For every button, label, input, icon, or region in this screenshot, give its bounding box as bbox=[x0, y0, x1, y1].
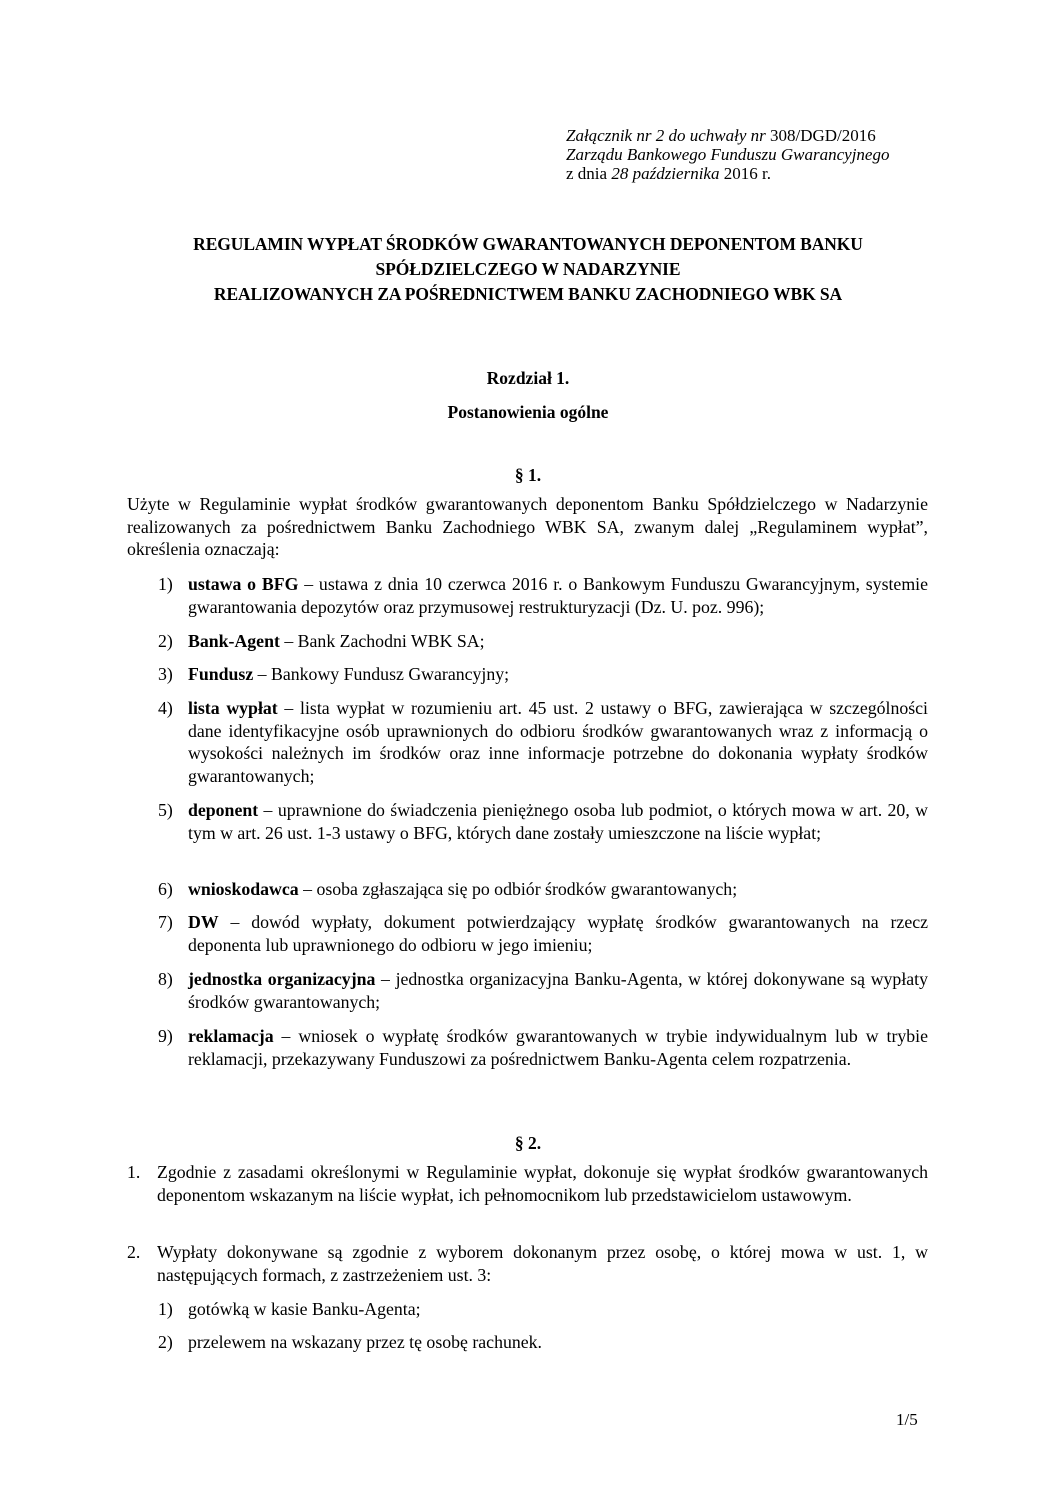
point-number: 1. bbox=[127, 1161, 140, 1184]
definition-item: 8)jednostka organizacyjna – jednostka or… bbox=[158, 968, 928, 1013]
annex-line-3-date: 28 października bbox=[611, 164, 719, 183]
definition-text: – Bank Zachodni WBK SA; bbox=[280, 631, 485, 651]
section-2-point: 1.Zgodnie z zasadami określonymi w Regul… bbox=[127, 1161, 928, 1206]
definition-term: Fundusz bbox=[188, 664, 253, 684]
definition-number: 6) bbox=[158, 878, 173, 901]
definition-body: jednostka organizacyjna – jednostka orga… bbox=[188, 968, 928, 1013]
definition-text: – uprawnione do świadczenia pieniężnego … bbox=[188, 800, 928, 843]
definition-text: – Bankowy Fundusz Gwarancyjny; bbox=[253, 664, 509, 684]
definition-item: 2)Bank-Agent – Bank Zachodni WBK SA; bbox=[158, 630, 928, 653]
annex-line-3-year: 2016 r. bbox=[719, 164, 770, 183]
definition-number: 1) bbox=[158, 573, 173, 596]
definition-number: 8) bbox=[158, 968, 173, 991]
definition-body: wnioskodawca – osoba zgłaszająca się po … bbox=[188, 878, 928, 901]
definition-item: 4)lista wypłat – lista wypłat w rozumien… bbox=[158, 697, 928, 787]
definition-text: – dowód wypłaty, dokument potwierdzający… bbox=[188, 912, 928, 955]
definition-number: 5) bbox=[158, 799, 173, 822]
definition-body: ustawa o BFG – ustawa z dnia 10 czerwca … bbox=[188, 573, 928, 618]
chapter-name: Postanowienia ogólne bbox=[110, 402, 946, 423]
definition-body: Bank-Agent – Bank Zachodni WBK SA; bbox=[188, 630, 928, 653]
definition-body: deponent – uprawnione do świadczenia pie… bbox=[188, 799, 928, 844]
section-2-subpoint: 2)przelewem na wskazany przez tę osobę r… bbox=[158, 1331, 928, 1354]
page-number: 1/5 bbox=[896, 1410, 918, 1430]
document-page: Załącznik nr 2 do uchwały nr 308/DGD/201… bbox=[0, 0, 1058, 1497]
subpoint-text: przelewem na wskazany przez tę osobę rac… bbox=[188, 1331, 928, 1354]
definition-item: 7)DW – dowód wypłaty, dokument potwierdz… bbox=[158, 911, 928, 956]
section-2-heading: § 2. bbox=[110, 1133, 946, 1154]
definition-term: jednostka organizacyjna bbox=[188, 969, 375, 989]
definition-term: lista wypłat bbox=[188, 698, 278, 718]
section-1-heading: § 1. bbox=[110, 465, 946, 486]
definition-body: Fundusz – Bankowy Fundusz Gwarancyjny; bbox=[188, 663, 928, 686]
title-line-1: REGULAMIN WYPŁAT ŚRODKÓW GWARANTOWANYCH … bbox=[110, 232, 946, 257]
definition-number: 2) bbox=[158, 630, 173, 653]
definition-text: – lista wypłat w rozumieniu art. 45 ust.… bbox=[188, 698, 928, 786]
definition-item: 6)wnioskodawca – osoba zgłaszająca się p… bbox=[158, 878, 928, 901]
section-2-subpoint: 1)gotówką w kasie Banku-Agenta; bbox=[158, 1298, 928, 1321]
annex-reference: Załącznik nr 2 do uchwały nr 308/DGD/201… bbox=[566, 126, 889, 183]
definition-body: DW – dowód wypłaty, dokument potwierdzaj… bbox=[188, 911, 928, 956]
section-2-point: 2.Wypłaty dokonywane są zgodnie z wybore… bbox=[127, 1241, 928, 1286]
definition-term: reklamacja bbox=[188, 1026, 274, 1046]
title-line-3: REALIZOWANYCH ZA POŚREDNICTWEM BANKU ZAC… bbox=[110, 282, 946, 307]
annex-line-1-number: 308/DGD/2016 bbox=[766, 126, 876, 145]
subpoint-number: 1) bbox=[158, 1298, 173, 1321]
definition-item: 9)reklamacja – wniosek o wypłatę środków… bbox=[158, 1025, 928, 1070]
annex-line-1: Załącznik nr 2 do uchwały nr 308/DGD/201… bbox=[566, 126, 889, 145]
definition-item: 1)ustawa o BFG – ustawa z dnia 10 czerwc… bbox=[158, 573, 928, 618]
chapter-label: Rozdział 1. bbox=[110, 368, 946, 389]
annex-line-1-italic: Załącznik nr 2 do uchwały nr bbox=[566, 126, 766, 145]
section-1-intro: Użyte w Regulaminie wypłat środków gwara… bbox=[127, 493, 928, 561]
definition-term: ustawa o BFG bbox=[188, 574, 298, 594]
annex-line-2: Zarządu Bankowego Funduszu Gwarancyjnego bbox=[566, 145, 889, 164]
definition-text: – osoba zgłaszająca się po odbiór środkó… bbox=[299, 879, 737, 899]
definition-term: wnioskodawca bbox=[188, 879, 299, 899]
definition-number: 3) bbox=[158, 663, 173, 686]
definition-item: 3)Fundusz – Bankowy Fundusz Gwarancyjny; bbox=[158, 663, 928, 686]
definition-number: 7) bbox=[158, 911, 173, 934]
annex-line-3: z dnia 28 października 2016 r. bbox=[566, 164, 889, 183]
definition-body: reklamacja – wniosek o wypłatę środków g… bbox=[188, 1025, 928, 1070]
subpoint-number: 2) bbox=[158, 1331, 173, 1354]
definition-text: – wniosek o wypłatę środków gwarantowany… bbox=[188, 1026, 928, 1069]
subpoint-text: gotówką w kasie Banku-Agenta; bbox=[188, 1298, 928, 1321]
definition-text: – ustawa z dnia 10 czerwca 2016 r. o Ban… bbox=[188, 574, 928, 617]
definition-number: 4) bbox=[158, 697, 173, 720]
definition-term: DW bbox=[188, 912, 219, 932]
annex-line-2-italic: Zarządu Bankowego Funduszu Gwarancyjnego bbox=[566, 145, 889, 164]
point-number: 2. bbox=[127, 1241, 140, 1264]
point-text: Wypłaty dokonywane są zgodnie z wyborem … bbox=[157, 1241, 928, 1286]
definition-item: 5)deponent – uprawnione do świadczenia p… bbox=[158, 799, 928, 844]
definition-term: deponent bbox=[188, 800, 258, 820]
definition-body: lista wypłat – lista wypłat w rozumieniu… bbox=[188, 697, 928, 787]
annex-line-3-pre: z dnia bbox=[566, 164, 611, 183]
title-line-2: SPÓŁDZIELCZEGO W NADARZYNIE bbox=[110, 257, 946, 282]
point-text: Zgodnie z zasadami określonymi w Regulam… bbox=[157, 1161, 928, 1206]
document-title: REGULAMIN WYPŁAT ŚRODKÓW GWARANTOWANYCH … bbox=[110, 232, 946, 307]
definition-number: 9) bbox=[158, 1025, 173, 1048]
definition-term: Bank-Agent bbox=[188, 631, 280, 651]
